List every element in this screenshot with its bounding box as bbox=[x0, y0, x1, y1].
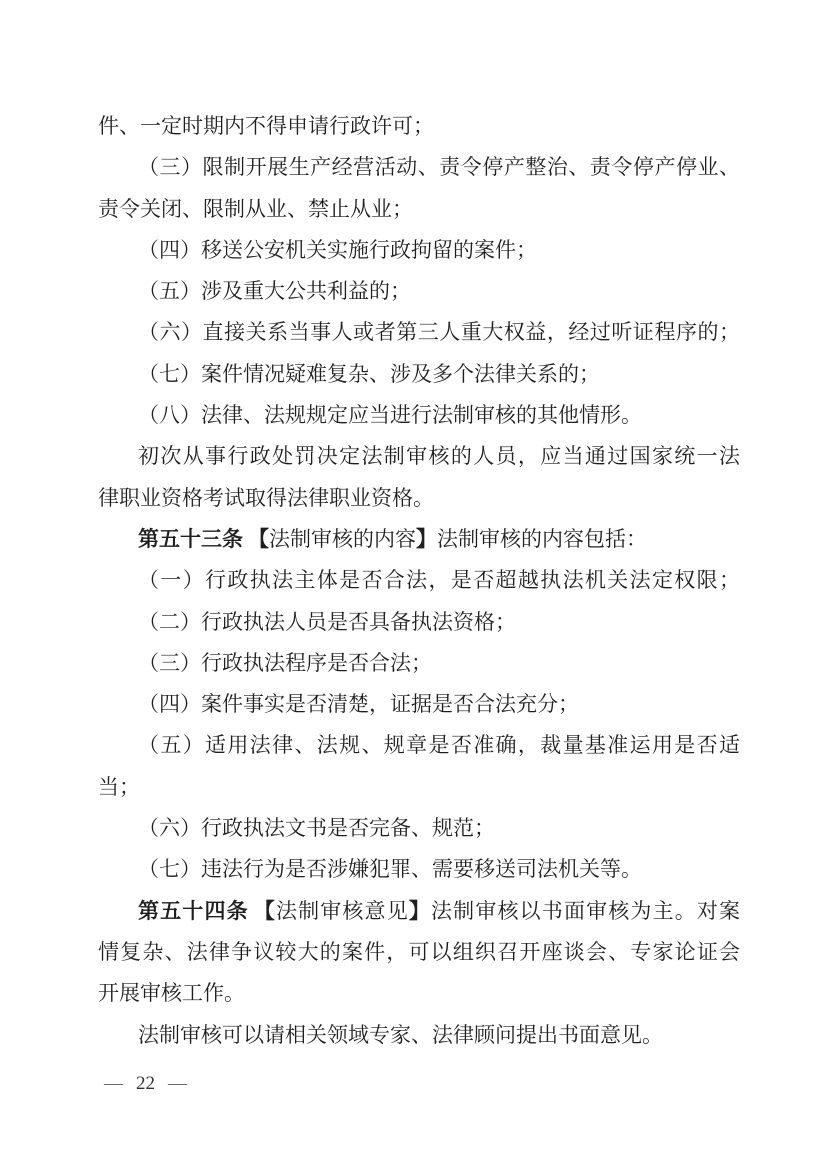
text-line: （四）移送公安机关实施行政拘留的案件； bbox=[98, 230, 740, 271]
page-footer: — 22 — bbox=[104, 1072, 187, 1096]
text-line: （八）法律、法规规定应当进行法制审核的其他情形。 bbox=[98, 395, 740, 436]
text-line: （七）案件情况疑难复杂、涉及多个法律关系的； bbox=[98, 354, 740, 395]
text-line: （七）违法行为是否涉嫌犯罪、需要移送司法机关等。 bbox=[98, 849, 740, 890]
article-53-number: 第五十三条 bbox=[138, 528, 243, 551]
article-53-line: 第五十三条【法制审核的内容】法制审核的内容包括： bbox=[98, 519, 740, 560]
article-54-number: 第五十四条 bbox=[138, 900, 249, 923]
text-line: 律职业资格考试取得法律职业资格。 bbox=[98, 478, 740, 519]
footer-dash-right: — bbox=[168, 1072, 187, 1096]
text-line: 开展审核工作。 bbox=[98, 973, 740, 1014]
article-53-title: 法制审核的内容 bbox=[269, 527, 416, 551]
text-line: 初次从事行政处罚决定法制审核的人员，应当通过国家统一法 bbox=[98, 436, 740, 477]
footer-dash-left: — bbox=[104, 1072, 123, 1096]
article-54-bracket-open: 【 bbox=[254, 899, 276, 923]
text-line: （五）涉及重大公共利益的； bbox=[98, 271, 740, 312]
article-54-bracket-close: 】 bbox=[409, 899, 431, 923]
article-54-title: 法制审核意见 bbox=[276, 899, 409, 923]
document-body: 件、一定时期内不得申请行政许可； （三）限制开展生产经营活动、责令停产整治、责令… bbox=[98, 106, 740, 1056]
text-line: （三）限制开展生产经营活动、责令停产整治、责令停产停业、 bbox=[98, 147, 740, 188]
text-line: （一）行政执法主体是否合法，是否超越执法机关法定权限； bbox=[98, 560, 740, 601]
article-53-text: 法制审核的内容包括： bbox=[437, 527, 647, 551]
article-54-line: 第五十四条【法制审核意见】法制审核以书面审核为主。对案 bbox=[98, 891, 740, 932]
text-line: （四）案件事实是否清楚，证据是否合法充分； bbox=[98, 684, 740, 725]
article-54-text: 法制审核以书面审核为主。对案 bbox=[431, 899, 740, 923]
text-line: （六）行政执法文书是否完备、规范； bbox=[98, 808, 740, 849]
text-line: （二）行政执法人员是否具备执法资格； bbox=[98, 602, 740, 643]
text-line: 件、一定时期内不得申请行政许可； bbox=[98, 106, 740, 147]
article-53-bracket-open: 【 bbox=[248, 527, 269, 551]
text-line: 情复杂、法律争议较大的案件，可以组织召开座谈会、专家论证会 bbox=[98, 932, 740, 973]
text-line: （六）直接关系当事人或者第三人重大权益，经过听证程序的； bbox=[98, 312, 740, 353]
text-line: 法制审核可以请相关领域专家、法律顾问提出书面意见。 bbox=[98, 1015, 740, 1056]
text-line: 责令关闭、限制从业、禁止从业； bbox=[98, 189, 740, 230]
text-line: （三）行政执法程序是否合法； bbox=[98, 643, 740, 684]
page-number: 22 bbox=[136, 1072, 155, 1096]
article-53-bracket-close: 】 bbox=[416, 527, 437, 551]
text-line: （五）适用法律、法规、规章是否准确，裁量基准运用是否适 bbox=[98, 725, 740, 766]
text-line: 当； bbox=[98, 767, 740, 808]
document-page: 件、一定时期内不得申请行政许可； （三）限制开展生产经营活动、责令停产整治、责令… bbox=[0, 0, 826, 1169]
